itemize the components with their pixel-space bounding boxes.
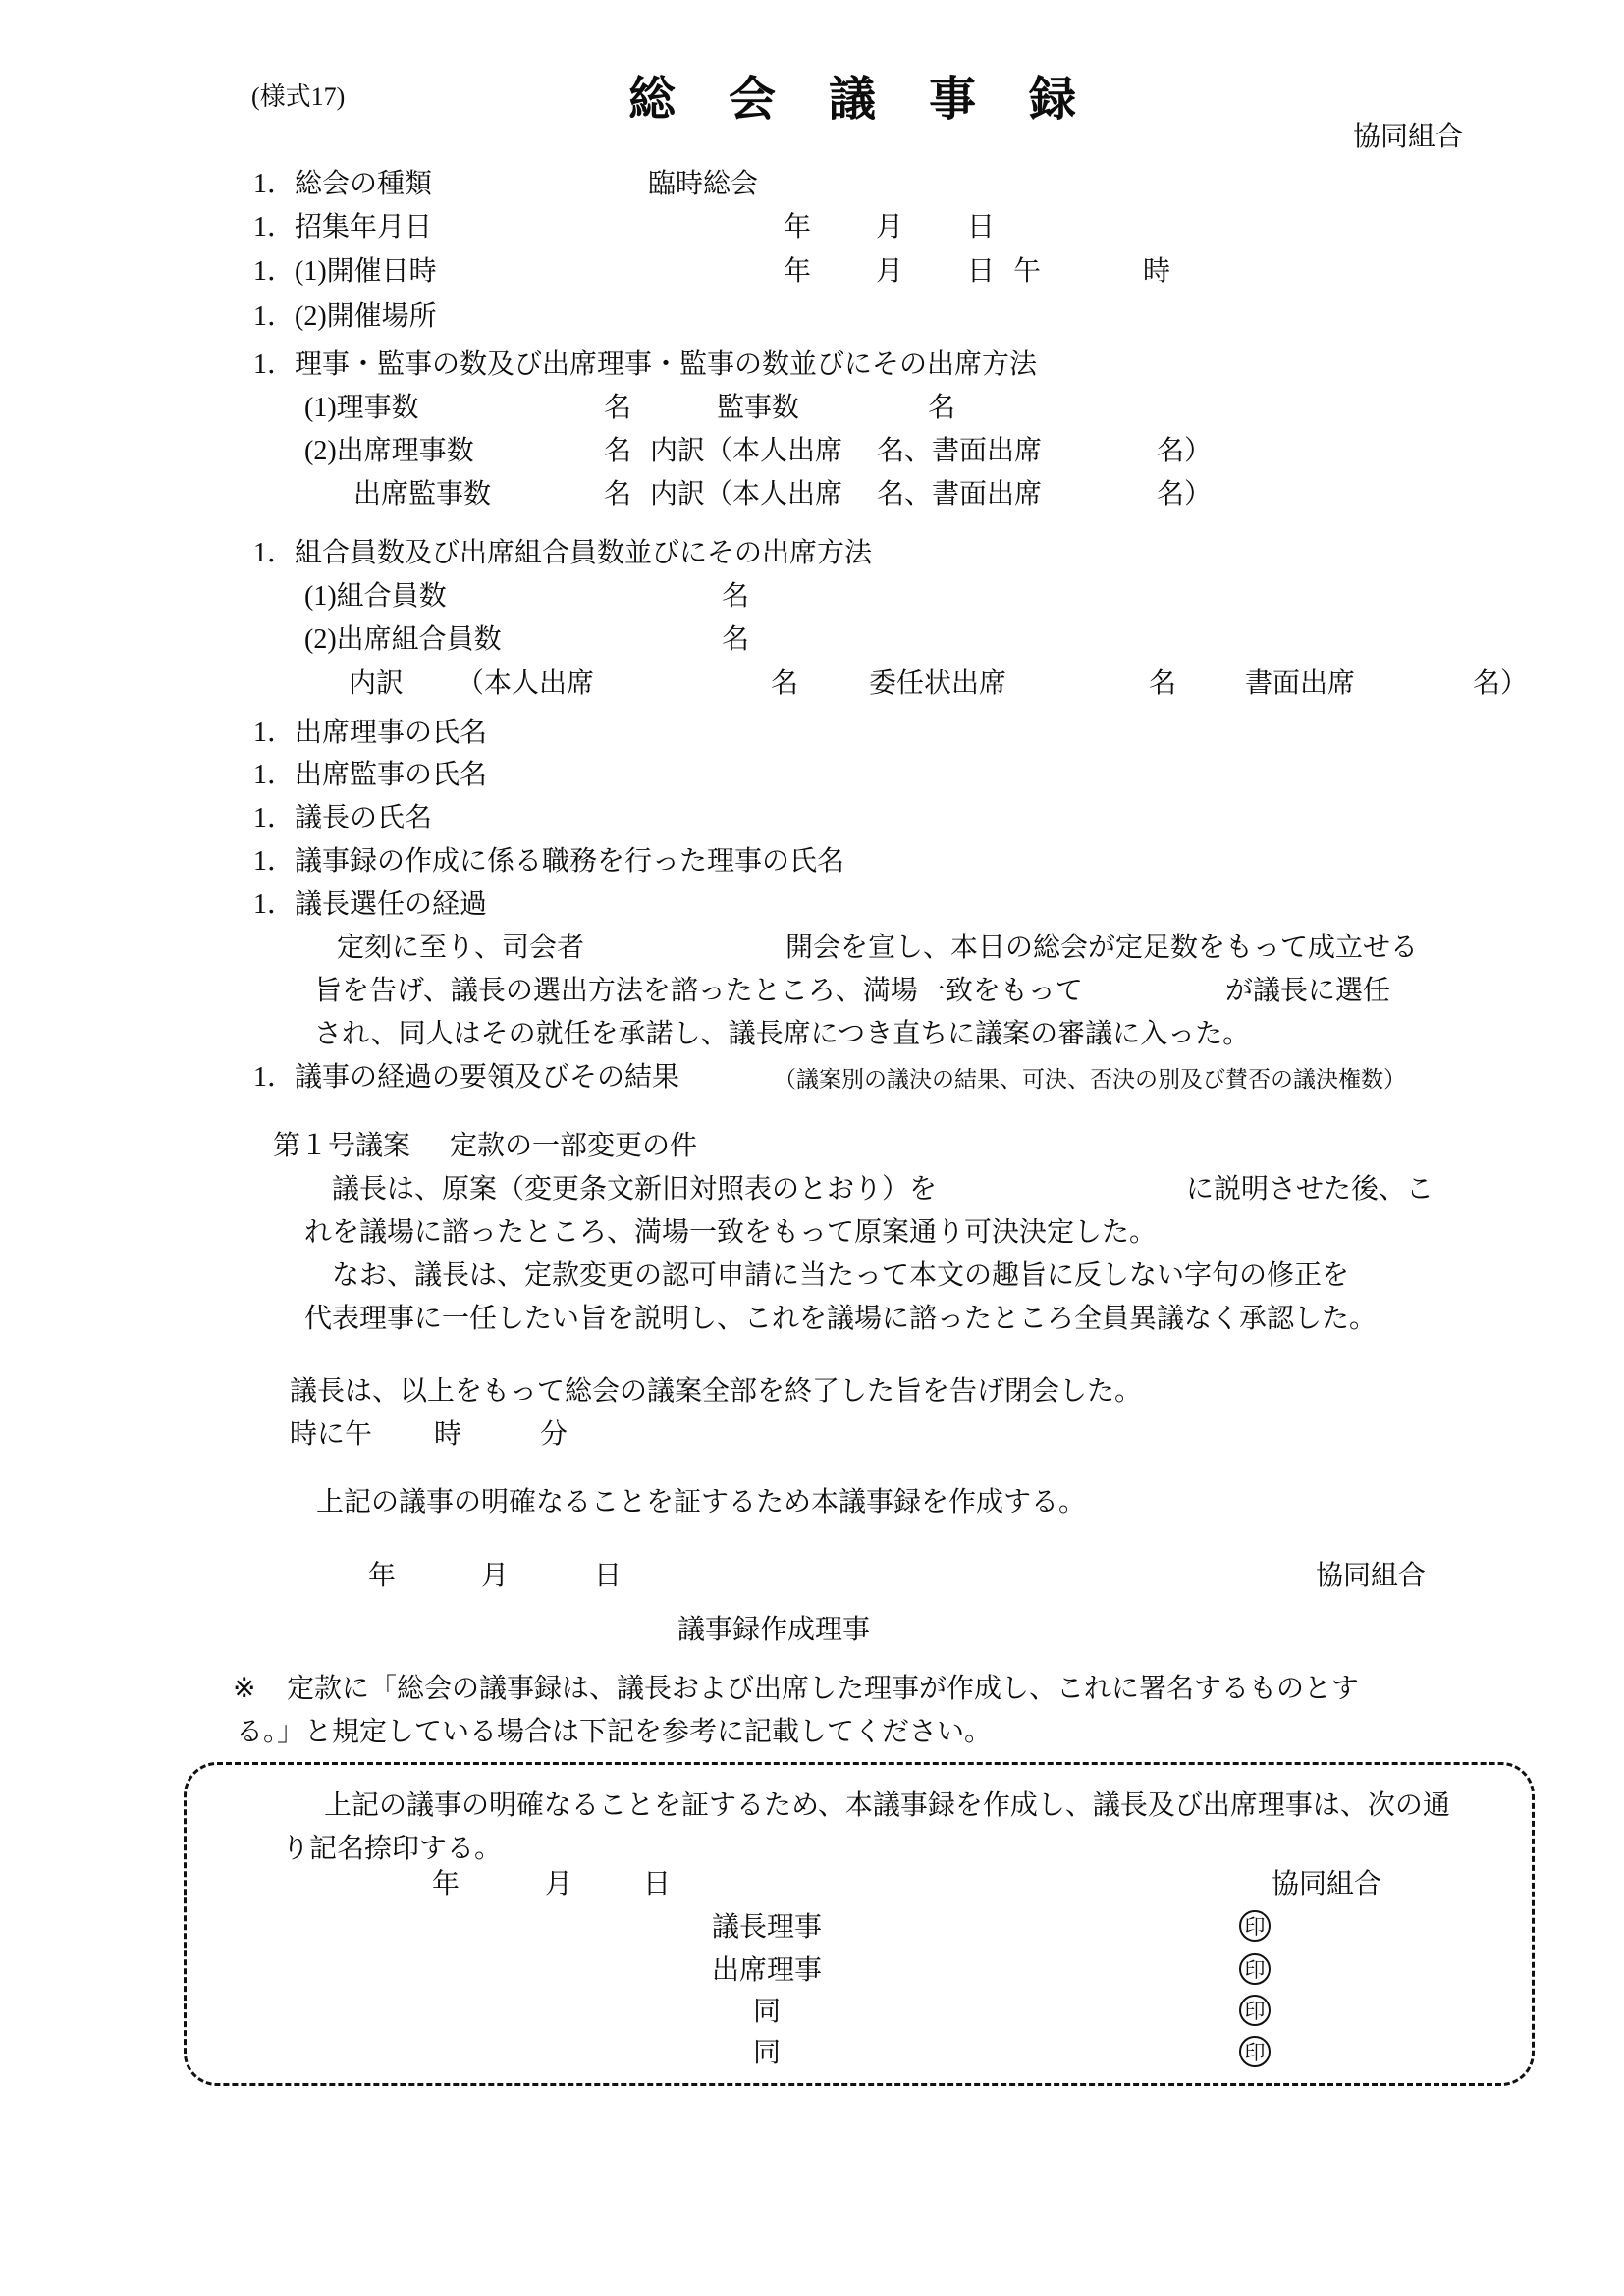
auditors-breakdown-mid: 名、書面出席 [877,479,1042,510]
seal-mark-icon: 印 [1239,2036,1271,2067]
year-label: 年 [432,1869,460,1900]
year-label: 年 [784,256,811,288]
directors-breakdown-prefix: 内訳（本人出席 [650,436,842,467]
mei-label: 名 [722,581,749,613]
signer-row-label: 出席理事 [712,1955,822,1987]
meeting-datetime-label: 1．(1)開催日時 [253,256,437,288]
mei-close-label: 名） [1157,479,1212,510]
attending-directors-names-label: 1．出席理事の氏名 [253,718,487,749]
signer-row-label: 同 [753,1997,781,2028]
agenda-title: 定款の一部変更の件 [450,1131,697,1162]
adjournment-sentence: 議長は、以上をもって総会の議案全部を終了した旨を告げ閉会した。 [290,1376,1142,1408]
org-name-box: 協同組合 [1272,1869,1381,1900]
attending-members-label: (2)出席組合員数 [304,624,502,656]
agenda-paragraph1-post: に説明させた後、こ [1186,1174,1434,1205]
mei-label: 名 [722,624,749,656]
auditors-count-label: 監事数 [717,393,799,424]
chairman-election-label: 1．議長選任の経過 [253,889,487,921]
members-section-heading: 1．組合員数及び出席組合員数並びにその出席方法 [253,538,872,569]
hour-label: 時 [434,1419,461,1451]
seal-mark-icon: 印 [1239,1953,1271,1985]
chairman-name-label: 1．議長の氏名 [253,803,432,834]
seal-mark-icon: 印 [1239,1910,1271,1942]
attestation-sentence: 上記の議事の明確なることを証するため本議事録を作成する。 [316,1487,1086,1519]
agenda-paragraph3: なお、議長は、定款変更の認可申請に当たって本文の趣旨に反しない字句の修正を [332,1260,1349,1292]
signature-example-box: 上記の議事の明確なることを証するため、本議事録を作成し、議長及び出席理事は、次の… [184,1762,1535,2086]
agenda-number: 第１号議案 [273,1131,410,1162]
proceedings-heading-note: （議案別の議決の結果、可決、否決の別及び賛否の議決権数） [774,1067,1406,1093]
mei-label: 名 [1149,668,1176,700]
members-count-label: (1)組合員数 [304,581,447,613]
day-label: 日 [967,256,995,288]
members-breakdown-label: 内訳 [349,668,404,700]
auditors-breakdown-prefix: 内訳（本人出席 [650,479,842,510]
month-label: 月 [481,1561,509,1592]
election-paragraph-line3: され、同人はその就任を承諾し、議長席につき直ちに議案の審議に入った。 [314,1019,1250,1050]
attending-directors-label: (2)出席理事数 [304,436,474,467]
note-line1: 定款に「総会の議事録は、議長および出席した理事が作成し、これに署名するものとす [287,1674,1359,1705]
year-label: 年 [784,212,811,243]
members-breakdown-written: 書面出席 [1245,668,1355,700]
box-attestation-line2: り記名捺印する。 [282,1834,502,1865]
proceedings-heading: 1．議事の経過の要領及びその結果 [253,1062,679,1094]
election-paragraph-line2-post: が議長に選任 [1225,976,1390,1007]
year-label: 年 [368,1561,396,1592]
box-attestation-line1: 上記の議事の明確なることを証するため、本議事録を作成し、議長及び出席理事は、次の… [324,1790,1450,1822]
election-paragraph-line2-pre: 旨を告げ、議長の選出方法を諮ったところ、満場一致をもって [314,976,1083,1007]
meeting-type-label: 1．総会の種類 [253,169,432,200]
ampm-label: 午 [1013,256,1041,288]
convocation-date-label: 1．招集年月日 [253,212,432,243]
page-title: 総 会 議 事 録 [628,73,1097,127]
form-number: (様式17) [251,82,345,112]
mei-label: 名 [604,479,631,510]
note-line2: る。」と規定している場合は下記を参考に記載してください。 [236,1717,992,1748]
day-label: 日 [594,1561,622,1592]
election-paragraph-line1-pre: 定刻に至り、司会者 [337,933,584,964]
mei-label: 名 [604,393,631,424]
closing-time-prefix: 時に午 [290,1419,372,1451]
mei-close-label: 名） [1157,436,1212,467]
day-label: 日 [643,1869,671,1900]
attending-auditors-label: 出席監事数 [353,479,491,510]
mei-close-label: 名） [1473,668,1528,700]
members-breakdown-proxy: 委任状出席 [869,668,1006,700]
meeting-type-value: 臨時総会 [648,169,758,200]
day-label: 日 [967,212,995,243]
minutes-director-signature-label: 議事録作成理事 [677,1615,870,1646]
month-label: 月 [545,1869,572,1900]
members-breakdown-person: （本人出席 [457,668,594,700]
mei-label: 名 [771,668,798,700]
month-label: 月 [876,256,903,288]
agenda-paragraph2: れを議場に諮ったところ、満場一致をもって原案通り可決決定した。 [304,1217,1157,1249]
agenda-paragraph1-pre: 議長は、原案（変更条文新旧対照表のとおり）を [332,1174,937,1205]
seal-mark-icon: 印 [1239,1995,1271,2026]
mei-label: 名 [604,436,631,467]
agenda-paragraph4: 代表理事に一任したい旨を説明し、これを議場に諮ったところ全員異議なく承認した。 [304,1304,1377,1335]
signer-row-label: 議長理事 [712,1912,822,1944]
officers-section-heading: 1．理事・監事の数及び出席理事・監事の数並びにその出席方法 [253,349,1037,381]
meeting-place-label: 1．(2)開催場所 [253,301,437,333]
org-name-header: 協同組合 [1353,122,1463,153]
minutes-document-page: (様式17) 総 会 議 事 録 協同組合 1．総会の種類 臨時総会 1．招集年… [0,0,1624,2296]
minute-label: 分 [540,1419,568,1451]
directors-breakdown-mid: 名、書面出席 [877,436,1042,467]
election-paragraph-line1-post: 開会を宣し、本日の総会が定足数をもって成立せる [785,933,1418,964]
signer-row-label: 同 [753,2038,781,2069]
attending-auditors-names-label: 1．出席監事の氏名 [253,760,487,791]
month-label: 月 [876,212,903,243]
directors-count-label: (1)理事数 [304,393,419,424]
hour-label: 時 [1143,256,1170,288]
note-marker: ※ [233,1674,255,1705]
org-name-signature: 協同組合 [1316,1561,1426,1592]
minutes-director-name-label: 1．議事録の作成に係る職務を行った理事の氏名 [253,846,844,878]
mei-label: 名 [928,393,955,424]
